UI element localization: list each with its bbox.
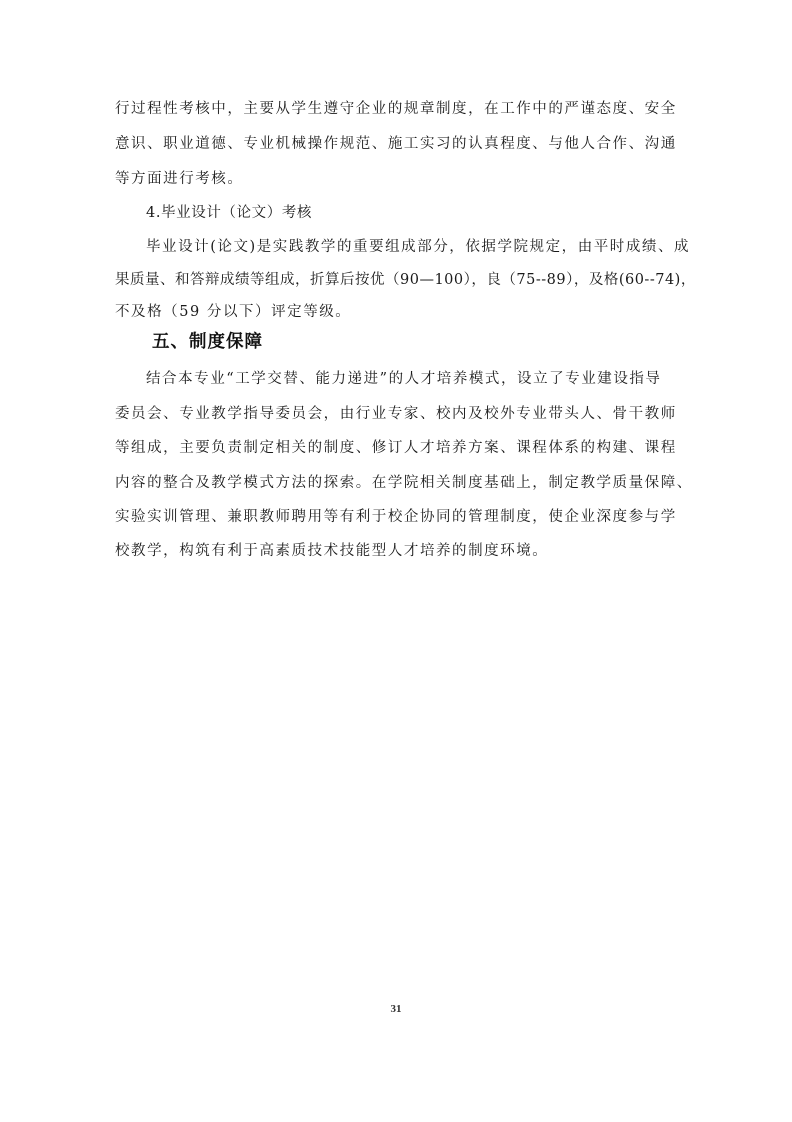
- body-text-line: 行过程性考核中，主要从学生遵守企业的规章制度，在工作中的严谨态度、安全: [115, 99, 685, 119]
- body-text-line: 意识、职业道德、专业机械操作规范、施工实习的认真程度、与他人合作、沟通: [115, 134, 685, 154]
- page-number: 31: [0, 1003, 792, 1015]
- body-text-line: 毕业设计(论文)是实践教学的重要组成部分，依据学院规定，由平时成绩、成: [146, 237, 686, 257]
- section-heading: 五、制度保障: [152, 331, 263, 353]
- body-text-line: 结合本专业“工学交替、能力递进”的人才培养模式，设立了专业建设指导: [146, 369, 716, 389]
- document-page: 行过程性考核中，主要从学生遵守企业的规章制度，在工作中的严谨态度、安全 意识、职…: [0, 0, 792, 1122]
- subheading-thesis-assessment: 4.毕业设计（论文）考核: [146, 203, 716, 223]
- body-text-line: 实验实训管理、兼职教师聘用等有利于校企协同的管理制度，使企业深度参与学: [115, 507, 685, 527]
- body-text-line: 校教学，构筑有利于高素质技术技能型人才培养的制度环境。: [115, 541, 685, 561]
- body-text-line: 内容的整合及教学模式方法的探索。在学院相关制度基础上，制定教学质量保障、: [115, 473, 685, 493]
- body-text-line: 果质量、和答辩成绩等组成，折算后按优（90—100），良（75--89），及格(…: [115, 270, 685, 290]
- body-text-line: 等组成，主要负责制定相关的制度、修订人才培养方案、课程体系的构建、课程: [115, 438, 685, 458]
- body-text-line: 委员会、专业教学指导委员会，由行业专家、校内及校外专业带头人、骨干教师: [115, 404, 685, 424]
- body-text-line: 不及格（59 分以下）评定等级。: [115, 302, 685, 322]
- body-text-line: 等方面进行考核。: [115, 169, 685, 189]
